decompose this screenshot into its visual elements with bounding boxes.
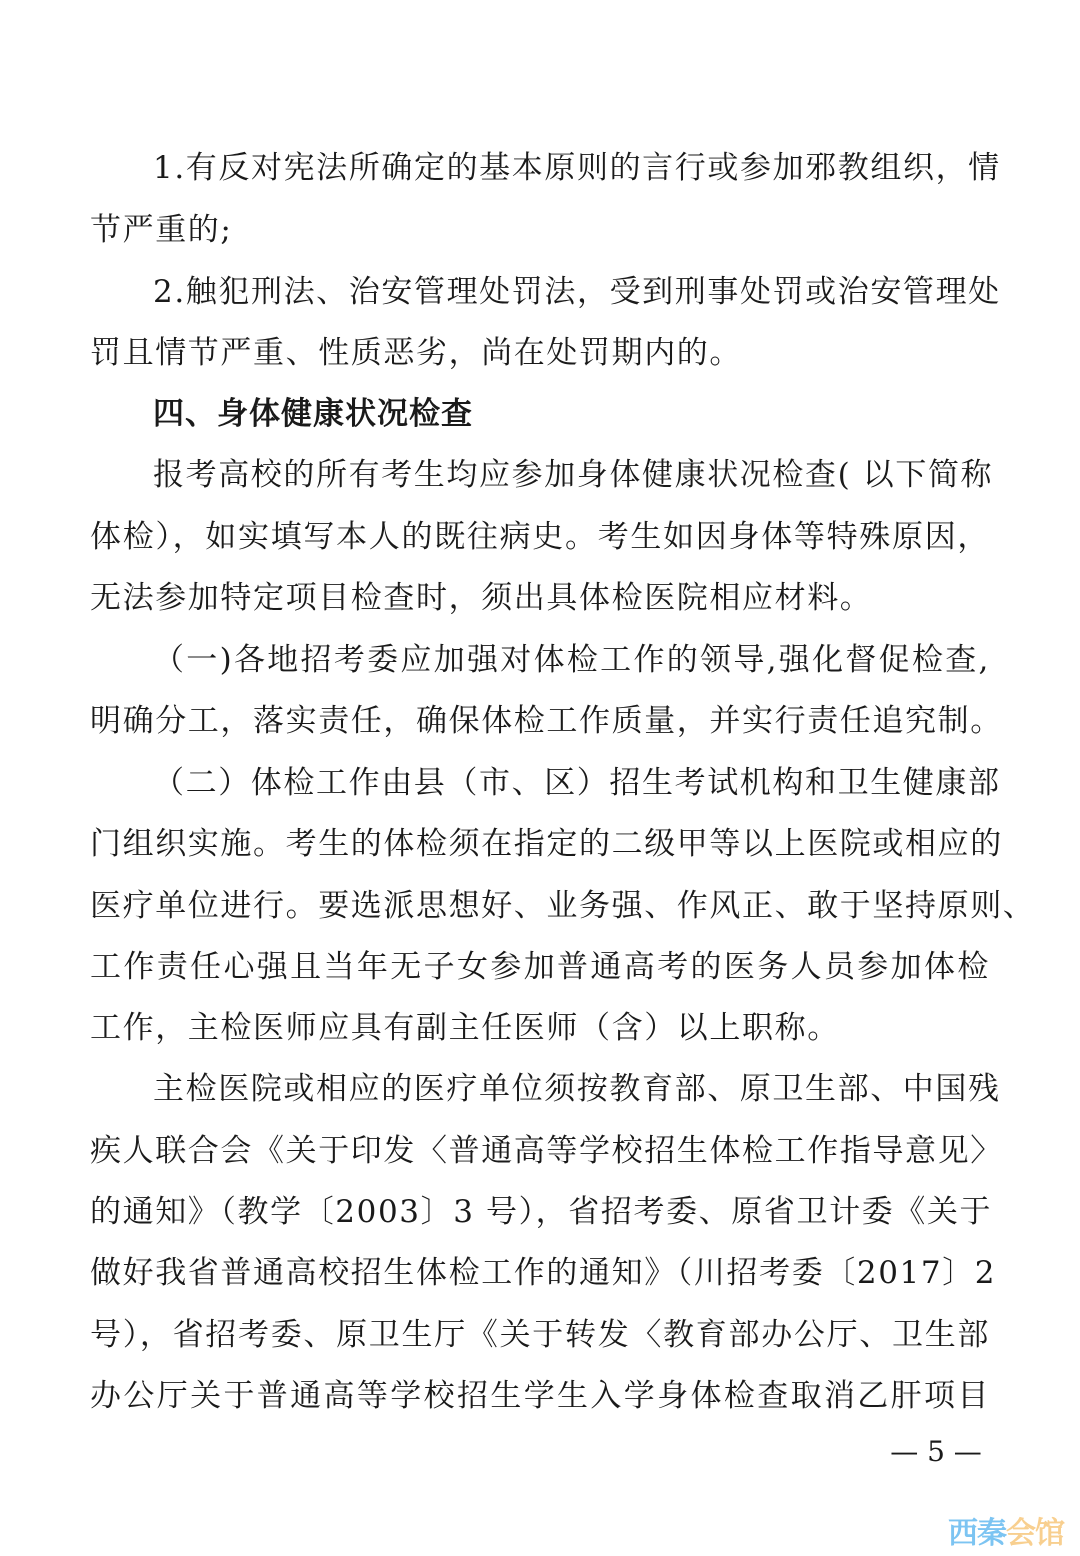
paragraph-line: 罚且情节严重、性质恶劣，尚在处罚期内的。 <box>90 333 990 373</box>
paragraph-line: （二）体检工作由县（市、区）招生考试机构和卫生健康部 <box>153 763 990 803</box>
paragraph-line: 1.有反对宪法所确定的基本原则的言行或参加邪教组织，情 <box>153 148 990 188</box>
paragraph-line: 2.触犯刑法、治安管理处罚法，受到刑事处罚或治安管理处 <box>153 272 990 312</box>
paragraph-line: 无法参加特定项目检查时，须出具体检医院相应材料。 <box>90 578 990 618</box>
paragraph-line: 节严重的; <box>90 210 990 250</box>
paragraph-line: 号），省招考委、原卫生厅《关于转发〈教育部办公厅、卫生部 <box>90 1315 990 1355</box>
watermark-text-a: 西秦 <box>948 1516 1006 1551</box>
section-heading: 四、身体健康状况检查 <box>153 394 990 434</box>
paragraph-line: 体检），如实填写本人的既往病史。考生如因身体等特殊原因， <box>90 517 990 557</box>
paragraph-line: 疾人联合会《关于印发〈普通高等学校招生体检工作指导意见〉 <box>90 1131 990 1171</box>
document-page: 1.有反对宪法所确定的基本原则的言行或参加邪教组织，情 节严重的; 2.触犯刑法… <box>0 0 1080 1556</box>
watermark-logo: 西秦会馆 <box>948 1515 1064 1553</box>
paragraph-line: 明确分工，落实责任，确保体检工作质量，并实行责任追究制。 <box>90 701 990 741</box>
paragraph-line: 医疗单位进行。要选派思想好、业务强、作风正、敢于坚持原则、 <box>90 886 990 926</box>
paragraph-line: 办公厅关于普通高等学校招生学生入学身体检查取消乙肝项目 <box>90 1376 990 1416</box>
paragraph-line: 门组织实施。考生的体检须在指定的二级甲等以上医院或相应的 <box>90 824 990 864</box>
paragraph-line: 工作，主检医师应具有副主任医师（含）以上职称。 <box>90 1008 990 1048</box>
paragraph-line: 报考高校的所有考生均应参加身体健康状况检查( 以下简称 <box>153 455 990 495</box>
paragraph-line: 做好我省普通高校招生体检工作的通知》（川招考委〔2017〕2 <box>90 1253 990 1293</box>
paragraph-line: 工作责任心强且当年无子女参加普通高考的医务人员参加体检 <box>90 947 990 987</box>
watermark-text-b: 会馆 <box>1006 1516 1064 1551</box>
paragraph-line: 主检医院或相应的医疗单位须按教育部、原卫生部、中国残 <box>153 1069 990 1109</box>
paragraph-line: （一)各地招考委应加强对体检工作的领导,强化督促检查, <box>153 640 990 680</box>
page-number: — 5 — <box>880 1432 992 1472</box>
paragraph-line: 的通知》（教学〔2003〕3 号），省招考委、原省卫计委《关于 <box>90 1192 990 1232</box>
